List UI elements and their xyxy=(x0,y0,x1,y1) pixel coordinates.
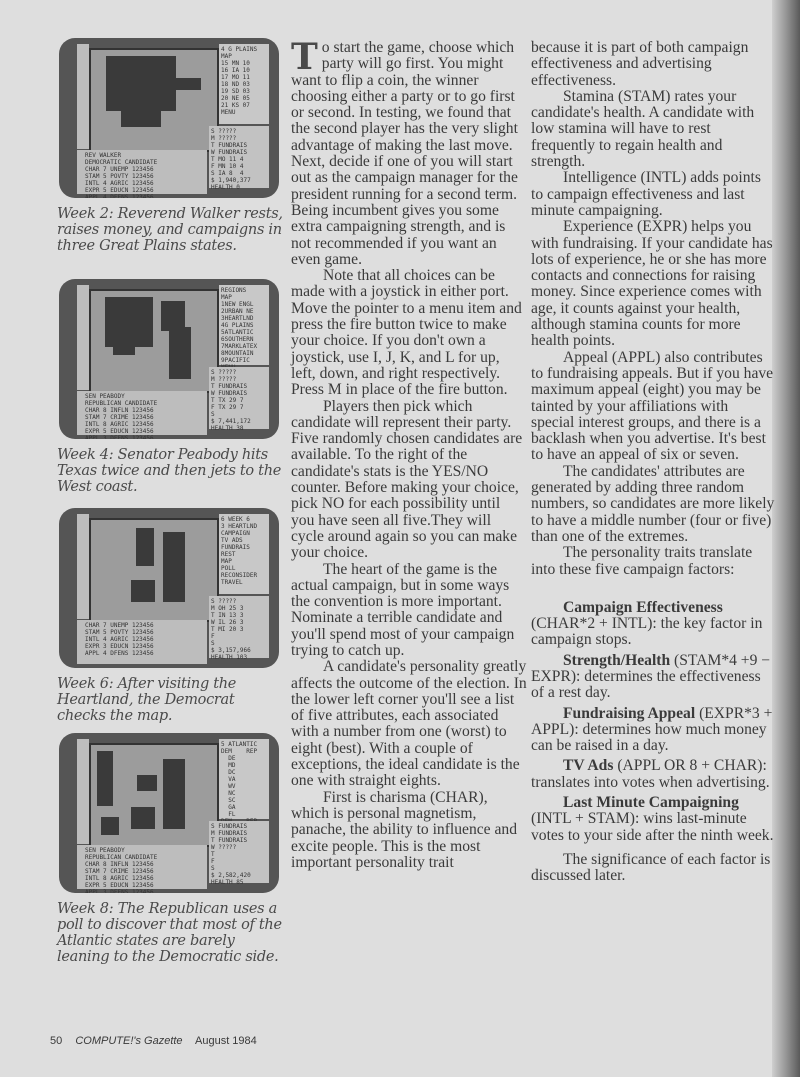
screen-menu: 5 ATLANTIC DEM REP DE MD DC VA WV NC SC … xyxy=(219,739,269,819)
paragraph: A candidate's personality greatly affect… xyxy=(291,659,527,789)
factor-name: TV Ads xyxy=(563,757,613,774)
screen-menu: 4 G PLAINS MAP 15 MN 10 16 IA 10 17 MO 1… xyxy=(219,44,269,124)
screen-candidate-stats: SEN PEABODY REPUBLICAN CANDIDATE CHAR 8 … xyxy=(77,391,207,435)
us-map xyxy=(89,289,219,393)
issue-date: August 1984 xyxy=(195,1035,257,1047)
paragraph: Experience (EXPR) helps you with fundrai… xyxy=(531,219,775,349)
paragraph-text: o start the game, choose which party wil… xyxy=(291,39,518,268)
paragraph: The heart of the game is the actual camp… xyxy=(291,562,527,660)
paragraph: First is charisma (CHAR), which is perso… xyxy=(291,790,527,871)
page-edge-shadow xyxy=(772,0,800,1077)
screen-menu: 6 WEEK 6 3 HEARTLND CAMPAIGN TV ADS FUND… xyxy=(219,514,269,594)
figure-caption: Week 8: The Republican uses a poll to di… xyxy=(57,901,283,965)
article-column-right: because it is part of both campaign effe… xyxy=(531,40,775,885)
factor-last-minute: Last Minute Campaigning (INTL + STAM): w… xyxy=(531,795,775,844)
paragraph: because it is part of both campaign effe… xyxy=(531,40,775,89)
game-screenshot: 6 WEEK 6 3 HEARTLND CAMPAIGN TV ADS FUND… xyxy=(59,508,279,668)
game-screenshot: 5 ATLANTIC DEM REP DE MD DC VA WV NC SC … xyxy=(59,733,279,893)
screen-schedule: S ????? M OH 25 3 T IN 13 3 W IL 26 3 T … xyxy=(209,596,269,658)
factor-name: Last Minute Campaigning xyxy=(563,794,739,811)
screen-sidebar xyxy=(77,285,89,390)
factor-tv-ads: TV Ads (APPL OR 8 + CHAR): translates in… xyxy=(531,758,775,791)
figure-caption: Week 6: After visiting the Heartland, th… xyxy=(57,676,283,724)
paragraph: The candidates' attributes are generated… xyxy=(531,464,775,545)
publication-name: COMPUTE!'s Gazette xyxy=(75,1035,182,1047)
us-map xyxy=(89,743,219,847)
factor-desc: (CHAR*2 + INTL): the key factor in campa… xyxy=(531,615,762,648)
factor-desc: (INTL + STAM): wins last-minute votes to… xyxy=(531,810,774,843)
screen-candidate-stats: SEN PEABODY REPUBLICAN CANDIDATE CHAR 8 … xyxy=(77,845,207,889)
paragraph: Intelligence (INTL) adds points to campa… xyxy=(531,170,775,219)
screen-schedule: S FUNDRAIS M FUNDRAIS T FUNDRAIS W ?????… xyxy=(209,821,269,883)
us-map xyxy=(89,48,219,152)
screen-candidate-stats: CHAR 7 UNEMP 123456 STAM 5 POVTY 123456 … xyxy=(77,620,207,664)
page-footer: 50 COMPUTE!'s Gazette August 1984 xyxy=(50,1035,267,1047)
factor-name: Fundraising Appeal xyxy=(563,705,695,722)
screen-menu: REGIONS MAP 1NEW ENGL 2URBAN NE 3HEARTLN… xyxy=(219,285,269,365)
paragraph: To start the game, choose which party wi… xyxy=(291,40,527,268)
game-screenshot: 4 G PLAINS MAP 15 MN 10 16 IA 10 17 MO 1… xyxy=(59,38,279,198)
screen-sidebar xyxy=(77,739,89,844)
screen-sidebar xyxy=(77,514,89,619)
figure-week-6: 6 WEEK 6 3 HEARTLND CAMPAIGN TV ADS FUND… xyxy=(57,508,283,724)
figure-week-2: 4 G PLAINS MAP 15 MN 10 16 IA 10 17 MO 1… xyxy=(57,38,283,254)
us-map xyxy=(89,518,219,622)
article-column-middle: To start the game, choose which party wi… xyxy=(291,40,527,871)
paragraph: Players then pick which candidate will r… xyxy=(291,399,527,562)
paragraph: Stamina (STAM) rates your candidate's he… xyxy=(531,89,775,170)
figure-caption: Week 4: Senator Peabody hits Texas twice… xyxy=(57,447,283,495)
drop-cap: T xyxy=(291,42,318,72)
screen-sidebar xyxy=(77,44,89,149)
paragraph: Note that all choices can be made with a… xyxy=(291,268,527,398)
factor-campaign-effectiveness: Campaign Effectiveness (CHAR*2 + INTL): … xyxy=(531,600,775,649)
factor-name: Strength/Health xyxy=(563,652,670,669)
figure-week-4: REGIONS MAP 1NEW ENGL 2URBAN NE 3HEARTLN… xyxy=(57,279,283,495)
factor-strength-health: Strength/Health (STAM*4 +9 − EXPR): dete… xyxy=(531,653,775,702)
closing-paragraph: The significance of each factor is discu… xyxy=(531,852,775,885)
screen-candidate-stats: REV WALKER DEMOCRATIC CANDIDATE CHAR 7 U… xyxy=(77,150,207,194)
figure-week-8: 5 ATLANTIC DEM REP DE MD DC VA WV NC SC … xyxy=(57,733,283,965)
page-number: 50 xyxy=(50,1035,62,1047)
factor-fundraising-appeal: Fundraising Appeal (EXPR*3 + APPL): dete… xyxy=(531,706,775,755)
paragraph: Appeal (APPL) also contributes to fundra… xyxy=(531,350,775,464)
screen-schedule: S ????? M ????? T FUNDRAIS W FUNDRAIS T … xyxy=(209,367,269,429)
screen-schedule: S ????? M ????? T FUNDRAIS W FUNDRAIS T … xyxy=(209,126,269,188)
game-screenshot: REGIONS MAP 1NEW ENGL 2URBAN NE 3HEARTLN… xyxy=(59,279,279,439)
paragraph: The personality traits translate into th… xyxy=(531,545,775,578)
figure-caption: Week 2: Reverend Walker rests, raises mo… xyxy=(57,206,283,254)
factor-name: Campaign Effectiveness xyxy=(563,599,723,616)
